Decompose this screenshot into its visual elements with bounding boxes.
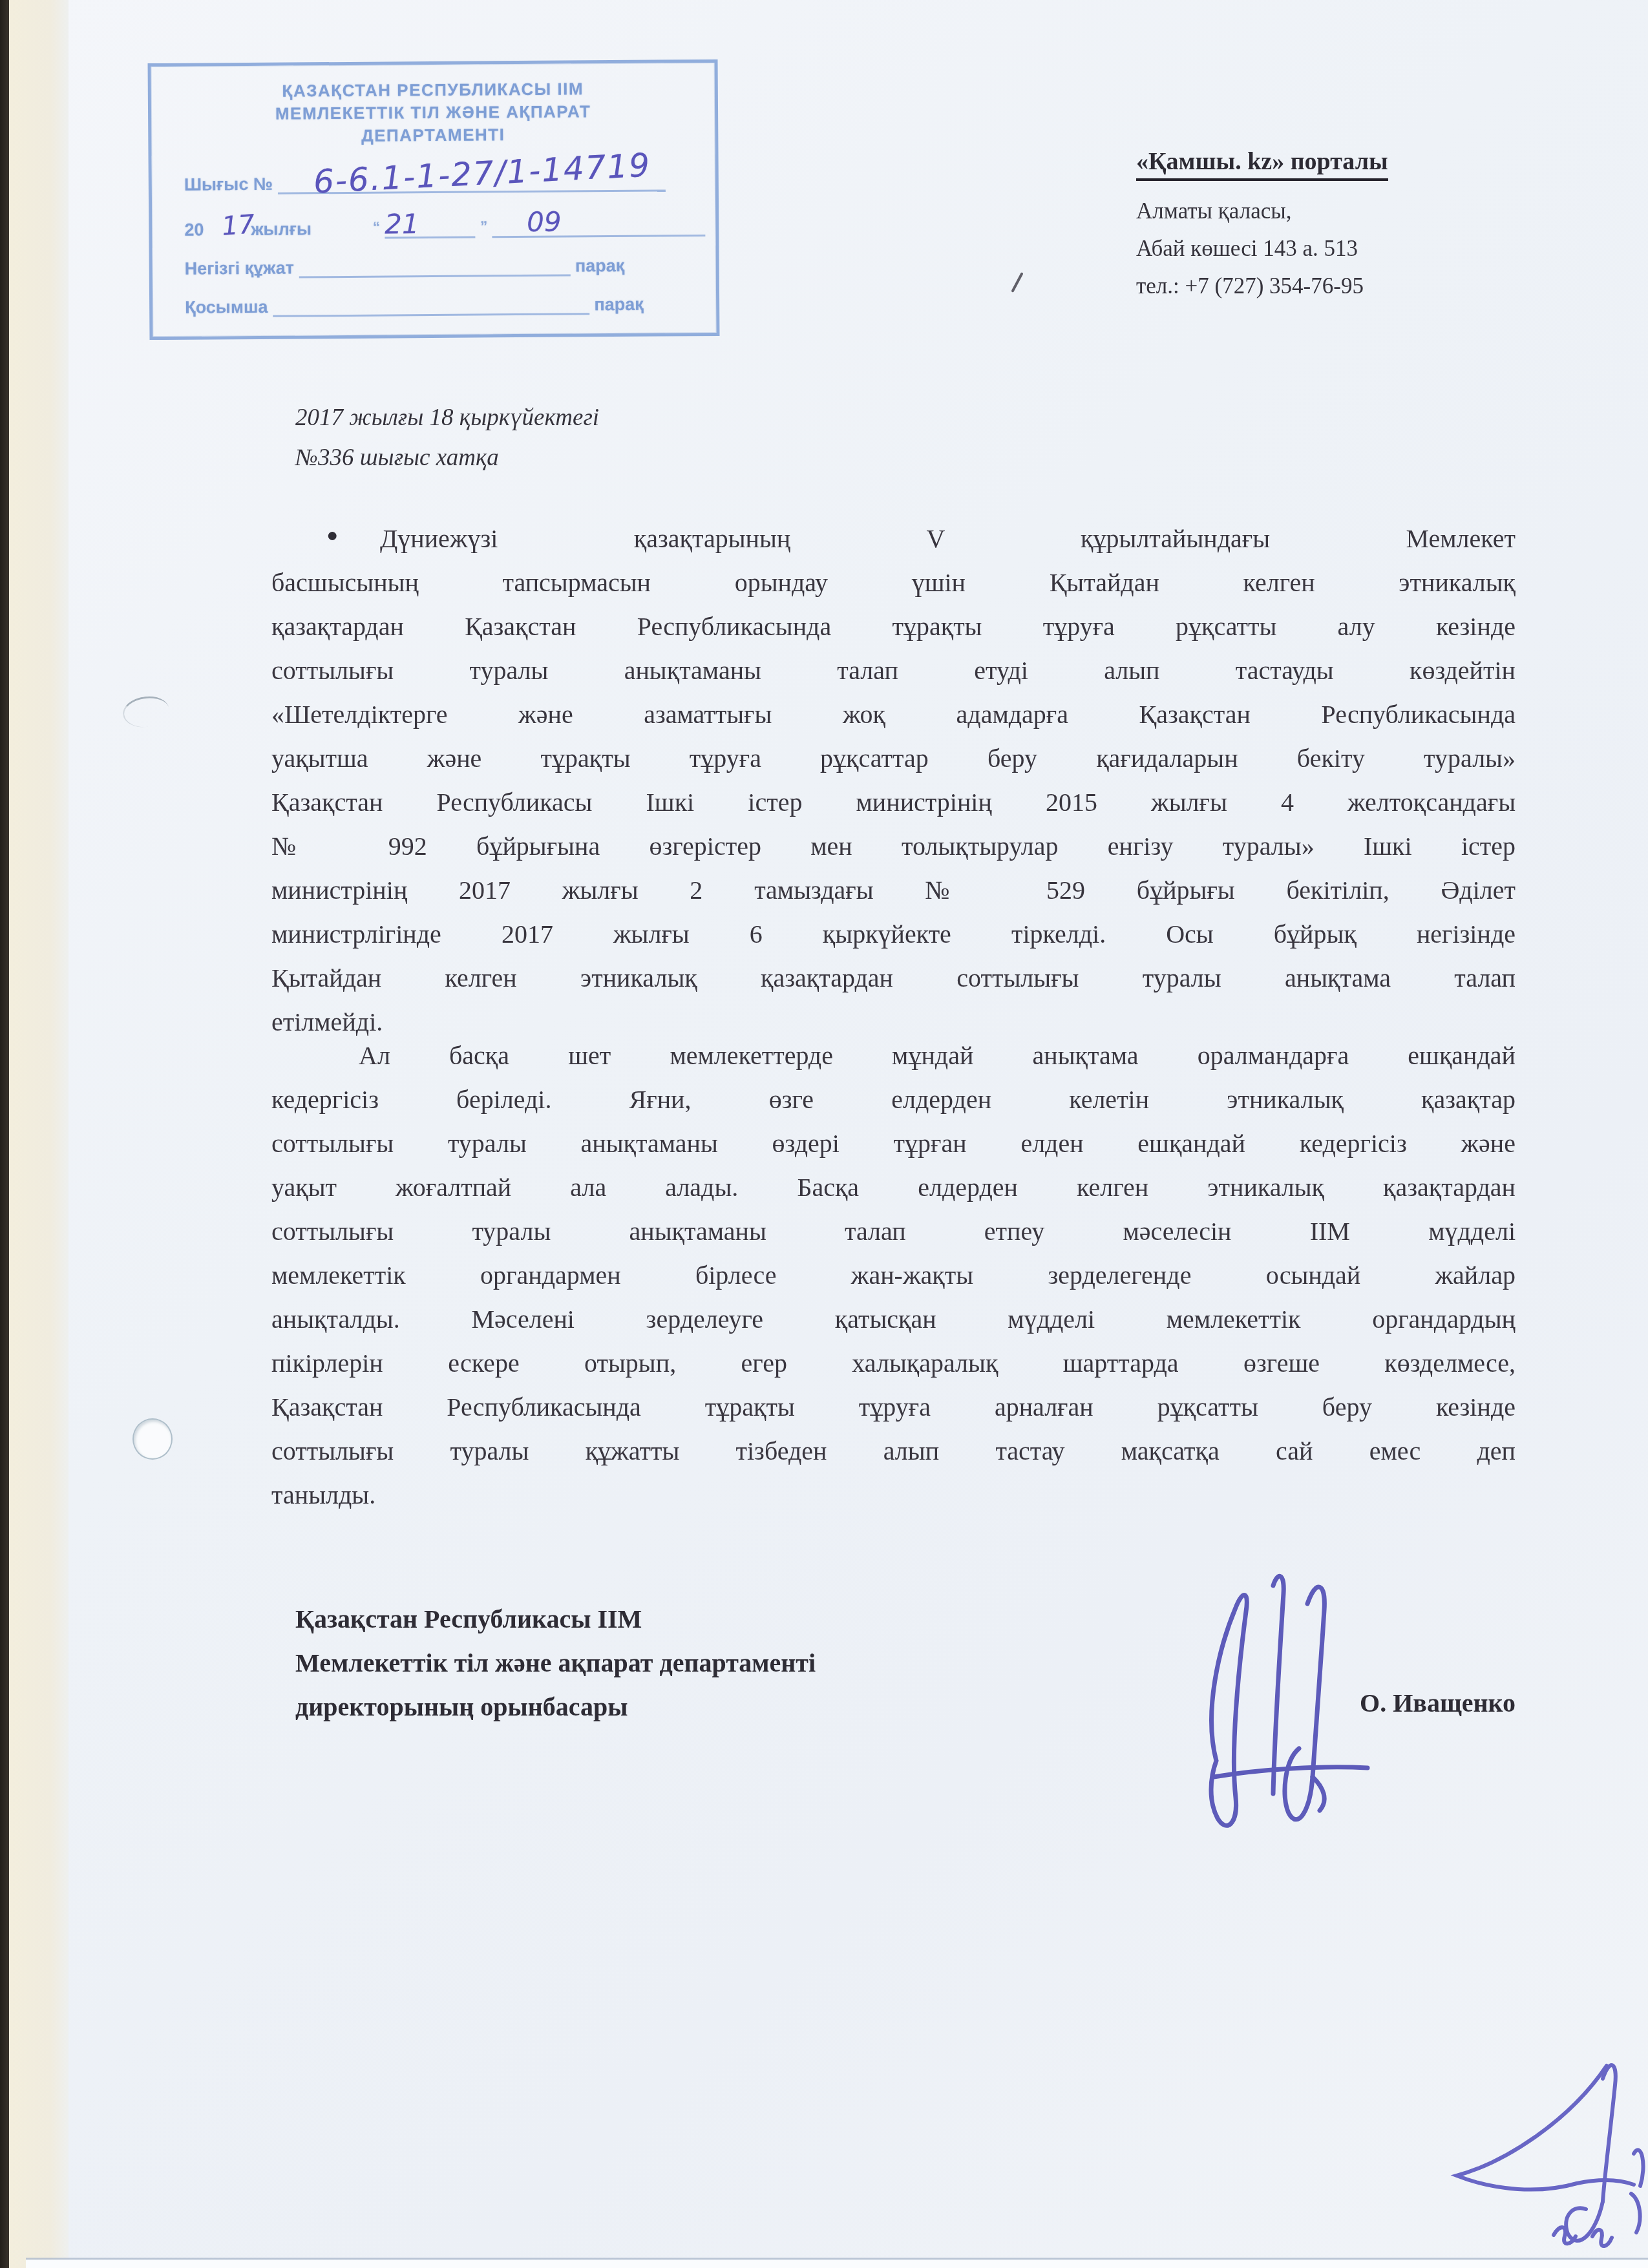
reference-date: 2017 жылғы 18 қыркүйектегі xyxy=(295,398,599,438)
stamp-annex-suffix: парақ xyxy=(594,295,644,315)
body-line: соттылығы туралы анықтаманы өздері тұрға… xyxy=(271,1122,1516,1166)
body-line: басшысының тапсырмасын орындау үшін Қыта… xyxy=(271,561,1516,605)
body-line: танылды. xyxy=(271,1473,1516,1517)
stamp-year-label: жылғы xyxy=(251,219,312,239)
body-line: министрінің 2017 жылғы 2 тамыздағы № 529… xyxy=(271,868,1516,912)
body-line: анықталды. Мәселені зерделеуге қатысқан … xyxy=(271,1297,1516,1341)
body-line: «Шетелдіктерге және азаматтығы жоқ адамд… xyxy=(271,693,1516,737)
body-line: соттылығы туралы анықтаманы талап етпеу … xyxy=(271,1210,1516,1254)
body-line: соттылығы туралы құжатты тізбеден алып т… xyxy=(271,1429,1516,1473)
stamp-doc-row: Негізгі құжат парақ xyxy=(185,256,625,279)
body-line: уақыт жоғалтпай ала алады. Басқа елдерде… xyxy=(271,1166,1516,1210)
stamp-day-handwritten: 21 xyxy=(385,208,419,240)
signature-scribble xyxy=(1176,1564,1377,1848)
recipient-phone: тел.: +7 (727) 354-76-95 xyxy=(1136,268,1530,305)
hole-punch-faint-arc xyxy=(121,693,171,730)
body-line: уақытша және тұрақты тұруға рұқсаттар бе… xyxy=(271,737,1516,781)
signatory-org-line3: директорының орынбасары xyxy=(295,1685,816,1729)
recipient-title: «Қамшы. kz» порталы xyxy=(1136,147,1388,181)
pen-tick-mark xyxy=(1011,272,1023,293)
body-line: қазақтардан Қазақстан Республикасында тұ… xyxy=(271,605,1516,649)
hole-punch xyxy=(132,1418,173,1460)
stamp-outgoing-label: Шығыс № xyxy=(184,174,273,194)
stamp-annex-row: Қосымша парақ xyxy=(185,295,644,318)
stamp-title: ҚАЗАҚСТАН РЕСПУБЛИКАСЫ ІІМ МЕМЛЕКЕТТІК Т… xyxy=(151,77,715,149)
paper-bottom-strip xyxy=(26,2260,1648,2268)
stamp-title-line3: ДЕПАРТАМЕНТІ xyxy=(151,122,715,149)
reference-block: 2017 жылғы 18 қыркүйектегі №336 шығыс ха… xyxy=(295,398,599,478)
body-line: кедергісіз беріледі. Яғни, өзге елдерден… xyxy=(271,1078,1516,1122)
letter-body: Дүниежүзі қазақтарының V құрылтайындағы … xyxy=(271,517,1516,1517)
stamp-annex-label: Қосымша xyxy=(185,297,268,317)
signer-name: О. Иващенко xyxy=(1360,1688,1516,1718)
body-line: министрлігінде 2017 жылғы 6 қыркүйекте т… xyxy=(271,912,1516,956)
reference-number: №336 шығыс хатқа xyxy=(295,438,599,478)
recipient-city: Алматы қаласы, xyxy=(1136,193,1530,230)
stamp-year-handwritten: 17 xyxy=(221,209,256,242)
body-line: пікірлерін ескере отырып, егер халықарал… xyxy=(271,1341,1516,1385)
signatory-org-line1: Қазақстан Республикасы ІІМ xyxy=(295,1597,816,1641)
stamp-year-row: 20 жылғы “ ” 17 21 09 xyxy=(184,216,706,240)
signatory-org-block: Қазақстан Республикасы ІІМ Мемлекеттік т… xyxy=(295,1597,816,1729)
body-line: соттылығы туралы анықтаманы талап етуді … xyxy=(271,649,1516,693)
recipient-street: Абай көшесі 143 а. 513 xyxy=(1136,230,1530,268)
stamp-quote-open: “ xyxy=(373,219,380,235)
body-line: Қытайдан келген этникалық қазақтардан со… xyxy=(271,956,1516,1000)
stamp-month-handwritten: 09 xyxy=(527,206,562,238)
scan-edge-dark-strip xyxy=(0,0,9,2268)
stamp-quote-close: ” xyxy=(480,218,487,234)
scan-edge-cream-band xyxy=(9,0,69,2268)
bottom-signature-scribble xyxy=(1440,2039,1648,2266)
body-line: Дүниежүзі қазақтарының V құрылтайындағы … xyxy=(271,517,1516,561)
stamp-doc-label: Негізгі құжат xyxy=(185,258,294,278)
body-line: Қазақстан Республикасында тұрақты тұруға… xyxy=(271,1385,1516,1429)
body-line: мемлекеттік органдармен бірлесе жан-жақт… xyxy=(271,1254,1516,1297)
signatory-org-line2: Мемлекеттік тіл және ақпарат департамент… xyxy=(295,1641,816,1685)
recipient-block: «Қамшы. kz» порталы Алматы қаласы, Абай … xyxy=(1136,147,1530,305)
stamp-year-prefix: 20 xyxy=(184,220,204,239)
body-line: Қазақстан Республикасы Ішкі істер минист… xyxy=(271,781,1516,824)
body-line: Ал басқа шет мемлекеттерде мұндай анықта… xyxy=(271,1034,1516,1078)
registration-stamp: ҚАЗАҚСТАН РЕСПУБЛИКАСЫ ІІМ МЕМЛЕКЕТТІК Т… xyxy=(148,59,720,340)
body-line: № 992 бұйрығына өзгерістер мен толықтыру… xyxy=(271,824,1516,868)
stamp-doc-suffix: парақ xyxy=(575,256,625,276)
